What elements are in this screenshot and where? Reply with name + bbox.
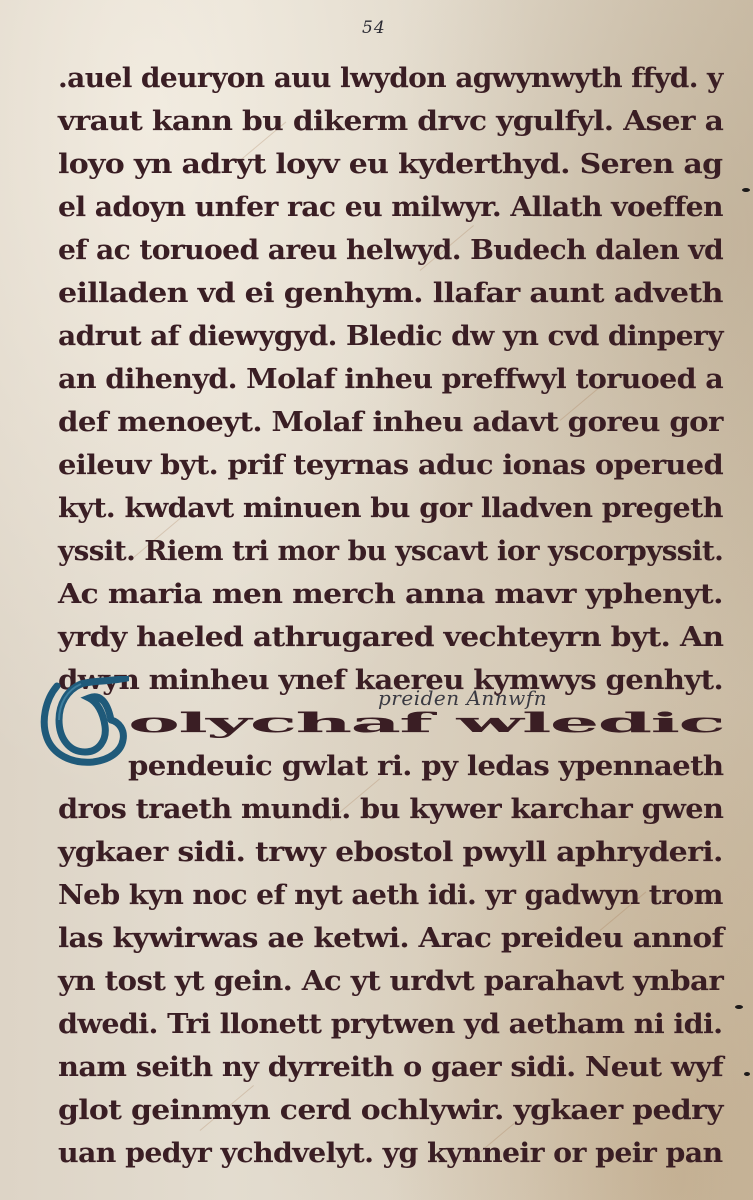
margin-pinhole [744,1072,750,1076]
text-line: vraut kann bu dikerm drvc ygulfyl. Aser … [58,101,723,143]
text-line: yssit. Riem tri mor bu yscavt ior yscorp… [58,531,723,573]
text-line: def menoeyt. Molaf inheu adavt goreu gor [58,402,723,444]
text-line: yrdy haeled athrugared vechteyrn byt. An [58,617,723,659]
interlinear-gloss: preiden Annwfn [378,686,547,710]
text-line: adrut af diewygyd. Bledic dw yn cvd dinp… [58,316,723,358]
text-line: Ac maria men merch anna mavr yphenyt. [58,574,723,616]
text-line: loyo yn adryt loyv eu kyderthyd. Seren a… [58,144,722,186]
folio-number: 54 [362,18,386,38]
text-line: ef ac toruoed areu helwyd. Budech dalen … [58,230,723,272]
margin-pinhole [742,188,750,192]
text-line: pendeuic gwlat ri. py ledas ypennaeth [128,746,724,788]
text-line: eilladen vd ei genhym. llafar aunt advet… [58,273,723,315]
text-line: nam seith ny dyrreith o gaer sidi. Neut … [58,1047,723,1089]
text-line: dros traeth mundi. bu kywer karchar gwen [58,789,723,831]
text-line: eileuv byt. prif teyrnas aduc ionas oper… [58,445,723,487]
text-line: kyt. kwdavt minuen bu gor lladven preget… [58,488,723,530]
text-line: .auel deuryon auu lwydon agwynwyth ffyd.… [58,58,723,100]
text-line: Neb kyn noc ef nyt aeth idi. yr gadwyn t… [58,875,723,917]
text-line: ygkaer sidi. trwy ebostol pwyll aphryder… [58,832,723,874]
margin-pinhole [735,1005,743,1009]
text-line: uan pedyr ychdvelyt. yg kynneir or peir … [58,1133,723,1175]
manuscript-page: 54 .auel deuryon auu lwydon agwynwyth ff… [0,0,753,1200]
text-line: yn tost yt gein. Ac yt urdvt parahavt yn… [58,961,723,1003]
text-line: glot geinmyn cerd ochlywir. ygkaer pedry [58,1090,723,1132]
text-line: an dihenyd. Molaf inheu preffwyl toruoed… [58,359,723,401]
initial-capital-icon [37,676,129,766]
text-line: el adoyn unfer rac eu milwyr. Allath voe… [58,187,723,229]
text-line: las kywirwas ae ketwi. Arac preideu anno… [58,918,724,960]
text-line: dwedi. Tri llonett prytwen yd aetham ni … [58,1004,723,1046]
